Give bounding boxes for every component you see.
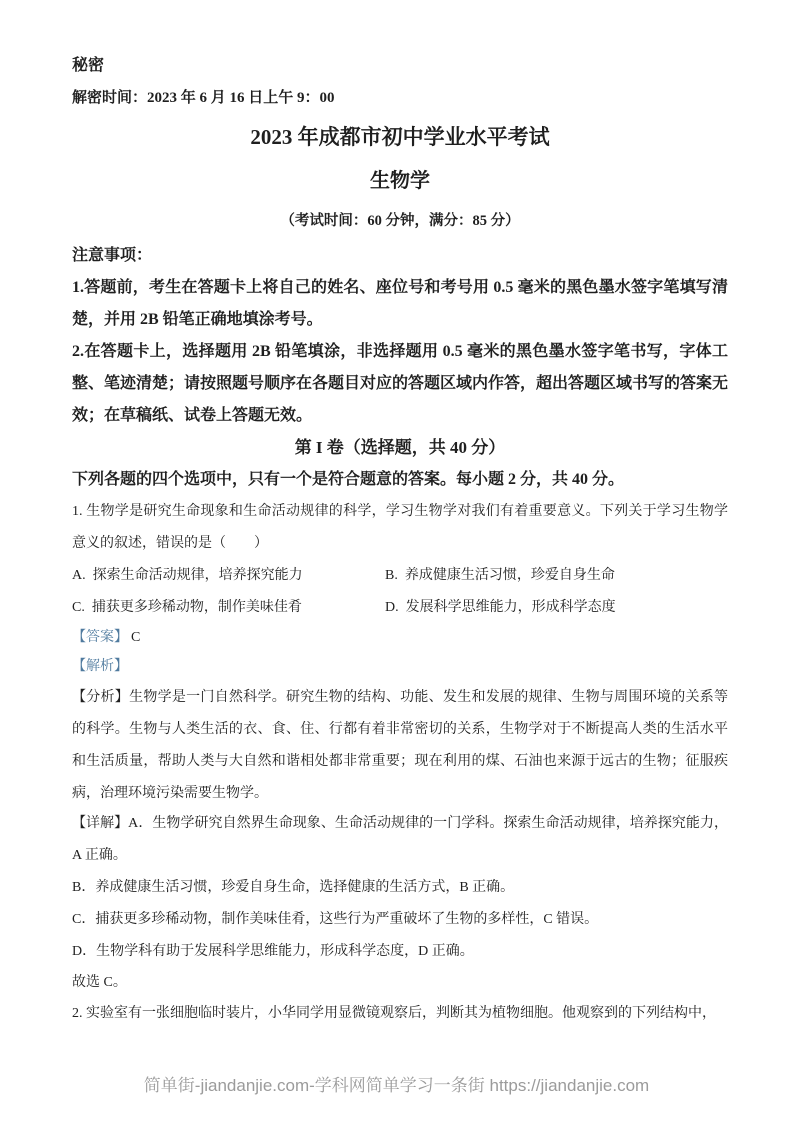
option-c-label: C. [72,600,85,615]
option-b: B.养成健康生活习惯，珍爱自身生命 [385,560,728,592]
option-a-text: 探索生命活动规律，培养探究能力 [93,568,303,583]
option-d-label: D. [385,600,399,615]
decrypt-time: 解密时间：2023 年 6 月 16 日上午 9：00 [72,82,728,114]
option-b-text: 养成健康生活习惯，珍爱自身生命 [405,568,615,583]
notice-item-1: 1.答题前，考生在答题卡上将自己的姓名、座位号和考号用 0.5 毫米的黑色墨水签… [72,272,728,336]
question-1-stem: 1. 生物学是研究生命现象和生命活动规律的科学，学习生物学对我们有着重要意义。下… [72,496,728,560]
section-1-instruction: 下列各题的四个选项中，只有一个是符合题意的答案。每小题 2 分，共 40 分。 [72,464,728,496]
conclusion-line: 故选 C。 [72,968,728,998]
exam-paper-page: 秘密 解密时间：2023 年 6 月 16 日上午 9：00 2023 年成都市… [0,0,793,1122]
exam-title: 2023 年成都市初中学业水平考试 [72,114,728,160]
detail-paragraph-b: B．养成健康生活习惯，珍爱自身生命，选择健康的生活方式，B 正确。 [72,872,728,904]
detail-paragraph-a: 【详解】A．生物学研究自然界生命现象、生命活动规律的一门学科。探索生命活动规律，… [72,808,728,872]
question-2-stem: 2. 实验室有一张细胞临时装片，小华同学用显微镜观察后，判断其为植物细胞。他观察… [72,998,728,1030]
option-c-text: 捕获更多珍稀动物，制作美味佳肴 [92,600,302,615]
analysis-label: 【解析】 [72,652,728,682]
section-1-heading: 第 I 卷（选择题，共 40 分） [72,432,728,464]
option-b-label: B. [385,568,398,583]
option-c: C.捕获更多珍稀动物，制作美味佳肴 [72,592,385,624]
detail-paragraph-c: C．捕获更多珍稀动物，制作美味佳肴，这些行为严重破坏了生物的多样性，C 错误。 [72,904,728,936]
detail-paragraph-d: D．生物学科有助于发展科学思维能力，形成科学态度，D 正确。 [72,936,728,968]
exam-subject: 生物学 [72,160,728,202]
option-d: D.发展科学思维能力，形成科学态度 [385,592,728,624]
analysis-paragraph: 【分析】生物学是一门自然科学。研究生物的结构、功能、发生和发展的规律、生物与周围… [72,682,728,810]
option-a: A.探索生命活动规律，培养探究能力 [72,560,385,592]
answer-line: 【答案】C [72,624,728,652]
option-d-text: 发展科学思维能力，形成科学态度 [406,600,616,615]
notices-heading: 注意事项： [72,240,728,272]
answer-label: 【答案】 [72,630,128,645]
question-1-options: A.探索生命活动规律，培养探究能力 B.养成健康生活习惯，珍爱自身生命 C.捕获… [72,560,728,624]
answer-value: C [131,630,140,645]
option-a-label: A. [72,568,86,583]
footer-watermark: 简单街-jiandanjie.com-学科网简单学习一条街 https://ji… [0,1071,793,1096]
classification-label: 秘密 [72,50,728,82]
notice-item-2: 2.在答题卡上，选择题用 2B 铅笔填涂，非选择题用 0.5 毫米的黑色墨水签字… [72,336,728,432]
exam-meta: （考试时间：60 分钟，满分：85 分） [72,202,728,240]
